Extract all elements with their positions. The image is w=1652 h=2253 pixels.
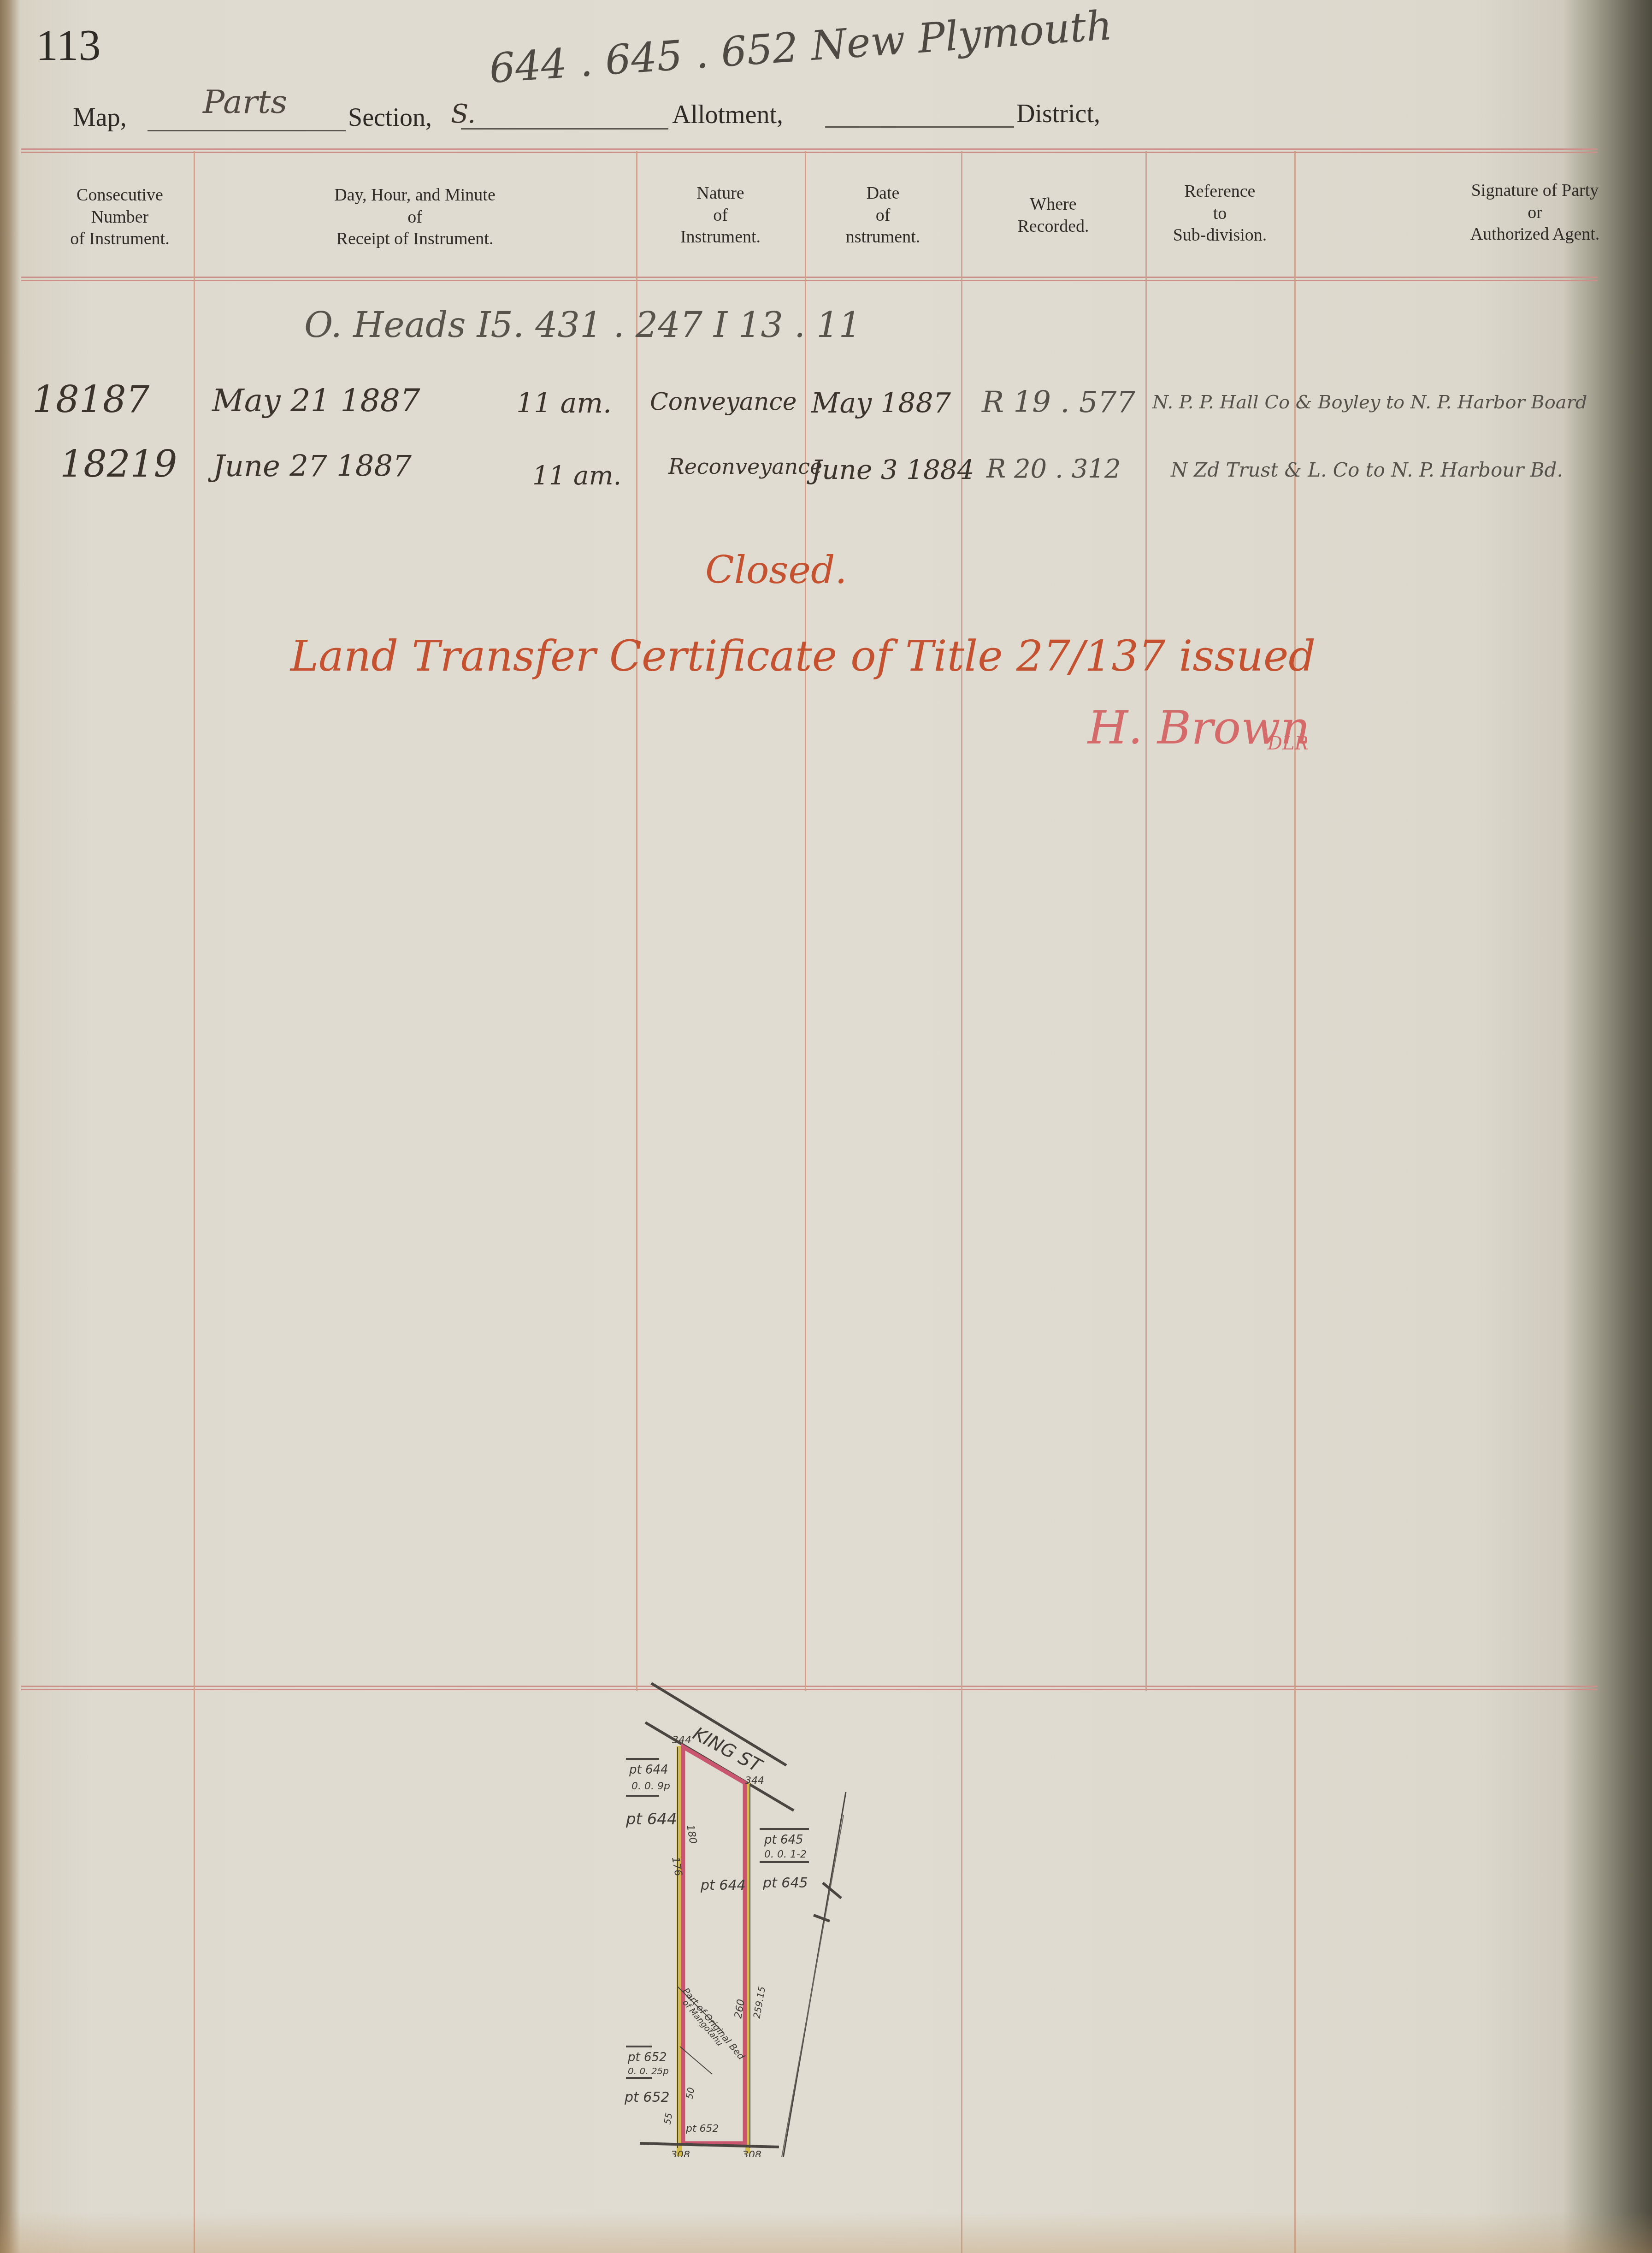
section-value: S. (451, 99, 476, 129)
svg-text:pt 644: pt 644 (700, 1877, 746, 1893)
allotment-label: Allotment, (672, 99, 783, 131)
column-header-date: Date of nstrument. (805, 183, 961, 248)
entry-received-date: June 27 1887 (213, 449, 412, 484)
column-rule (194, 151, 195, 2253)
svg-text:308: 308 (671, 2149, 690, 2157)
svg-text:0. 0. 9p: 0. 0. 9p (631, 1781, 670, 1792)
svg-text:50: 50 (684, 2087, 696, 2100)
map-value: Parts (203, 83, 287, 121)
column-header-receipt: Day, Hour, and Minute of Receipt of Inst… (194, 184, 636, 250)
svg-text:pt 645: pt 645 (762, 1875, 808, 1891)
svg-text:pt 644: pt 644 (629, 1763, 668, 1777)
svg-text:308: 308 (742, 2149, 761, 2157)
certificate-note: Land Transfer Certificate of Title 27/13… (290, 631, 1316, 681)
survey-plan: KING ST 344 344 308 308 pt 644 0. 0. 9p … (613, 1669, 1143, 2157)
column-rule (805, 151, 806, 1691)
svg-text:259.15: 259.15 (751, 1986, 767, 2019)
page-number: 113 (36, 18, 100, 73)
svg-text:pt 652: pt 652 (685, 2123, 719, 2135)
entry-parties: N Zd Trust & L. Co to N. P. Harbour Bd. (1171, 459, 1563, 481)
column-header-recorded: Where Recorded. (961, 194, 1145, 237)
register-page: 113 644 . 645 . 652 New Plymouth Map, Pa… (0, 0, 1652, 2253)
registrar-title: DLR (1268, 733, 1309, 754)
svg-text:pt 644: pt 644 (625, 1810, 677, 1828)
entry-recorded: R 20 . 312 (986, 454, 1121, 484)
column-rule (1145, 151, 1147, 1691)
entry-number: 18187 (32, 378, 150, 421)
closed-note: Closed. (705, 549, 847, 592)
section-label: Section, (348, 101, 432, 134)
reference-line: O. Heads I5. 431 . 247 I 13 . 11 (304, 304, 861, 345)
column-rule (636, 151, 637, 1691)
svg-text:55: 55 (661, 2112, 674, 2125)
svg-text:Part of Original Bed: Part of Original Bed (680, 1986, 747, 2062)
parcel-boundary (683, 1747, 745, 2143)
header-top-rule (21, 148, 1598, 153)
district-label: District, (1016, 98, 1100, 130)
title-annotation: 644 . 645 . 652 New Plymouth (488, 1, 1114, 92)
column-header-nature: Nature of Instrument. (636, 183, 805, 248)
svg-text:0. 0. 1-2: 0. 0. 1-2 (764, 1849, 807, 1860)
svg-text:0. 0. 25p: 0. 0. 25p (628, 2065, 669, 2076)
entry-received-time: 11 am. (532, 461, 621, 491)
entry-received-time: 11 am. (516, 387, 612, 419)
entry-instrument-date: May 1887 (811, 387, 951, 419)
map-label: Map, (73, 101, 127, 134)
entry-nature: Reconveyance (668, 454, 822, 479)
section-field-line (461, 128, 668, 130)
svg-text:pt 652: pt 652 (624, 2089, 670, 2106)
svg-text:344: 344 (672, 1734, 691, 1746)
svg-text:180: 180 (684, 1824, 699, 1845)
svg-text:pt 645: pt 645 (764, 1833, 803, 1847)
svg-text:pt 652: pt 652 (627, 2051, 667, 2064)
entry-nature: Conveyance (650, 388, 797, 416)
entry-parties: N. P. P. Hall Co & Boyley to N. P. Harbo… (1152, 392, 1587, 413)
column-header-number: Consecutive Number of Instrument. (46, 184, 194, 250)
allotment-field-line (825, 126, 1014, 128)
entry-number: 18219 (60, 442, 177, 485)
entry-instrument-date: June 3 1884 (811, 454, 974, 485)
svg-text:344: 344 (745, 1775, 764, 1787)
header-bottom-rule (21, 277, 1598, 281)
map-field-line (147, 130, 346, 131)
entry-received-date: May 21 1887 (212, 383, 420, 419)
entry-recorded: R 19 . 577 (982, 385, 1135, 419)
column-header-reference: Reference to Sub-division. (1145, 181, 1294, 247)
column-header-signature: Signature of Party or Authorized Agent. (1410, 180, 1652, 246)
